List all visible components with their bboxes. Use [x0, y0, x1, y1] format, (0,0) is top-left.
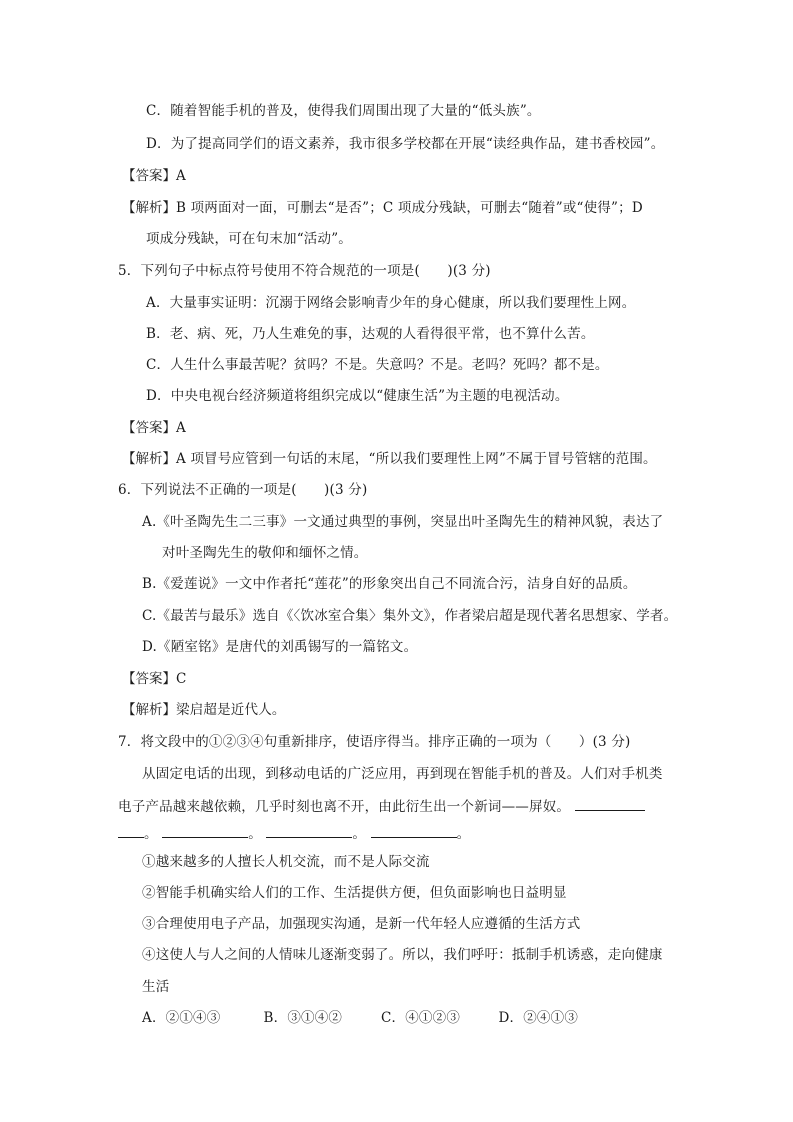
q6-option-d: D.《陋室铭》是唐代的刘禹锡写的一篇铭文。 [142, 637, 417, 657]
q6-answer: 【答案】C [122, 669, 187, 689]
q4-analysis-line1: 【解析】B 项两面对一面，可删去“是否”；C 项成分残缺，可删去“随着”或“使得… [122, 198, 643, 218]
analysis-text: A 项冒号应管到一句话的末尾，“所以我们要理性上网”不属于冒号管辖的范围。 [176, 451, 657, 467]
choice-value: ②①④③ [166, 1010, 221, 1026]
q5-option-d: D．中央电视台经济频道将组织完成以“健康生活”为主题的电视活动。 [146, 386, 569, 406]
choice-d: D．②④①③ [499, 1008, 579, 1028]
q7-sentence-4-line1: ④这使人与人之间的人情味儿逐渐变弱了。所以，我们呼吁：抵制手机诱惑，走向健康 [142, 945, 663, 965]
q6-option-b: B.《爱莲说》一文中作者托“莲花”的形象突出自己不同流合污，洁身自好的品质。 [142, 574, 637, 594]
q6-option-a-line2: 对叶圣陶先生的敬仰和缅怀之情。 [162, 543, 368, 563]
passage-text: 电子产品越来越依赖，几乎时刻也离不开，由此衍生出一个新词——屏奴。 [118, 799, 570, 815]
q7-sentence-2: ②智能手机确实给人们的工作、生活提供方便，但负面影响也日益明显 [142, 883, 567, 903]
q4-answer: 【答案】A [122, 166, 186, 186]
q7-sentence-4-line2: 生活 [142, 977, 169, 997]
answer-blank-1a[interactable] [575, 796, 645, 811]
q7-sentence-1: ①越来越多的人擅长人机交流，而不是人际交流 [142, 852, 430, 872]
analysis-label: 【解析】 [122, 702, 176, 718]
answer-value: C [176, 671, 187, 687]
q5-option-c: C．人生什么事最苦呢？贫吗？不是。失意吗？不是。老吗？死吗？都不是。 [146, 355, 609, 375]
blank-period: 。 [457, 826, 471, 842]
answer-value: A [176, 168, 186, 184]
choice-value: ④①②③ [405, 1010, 460, 1026]
choice-label: C． [381, 1010, 405, 1026]
answer-label: 【答案】 [122, 671, 176, 687]
analysis-label: 【解析】 [122, 200, 176, 216]
analysis-text: B 项两面对一面，可删去“是否”；C 项成分残缺，可删去“随着”或“使得”；D [176, 200, 643, 216]
answer-label: 【答案】 [122, 168, 176, 184]
q7-choices: A．②①④③ B．③①④② C．④①②③ D．②④①③ [142, 1008, 578, 1028]
choice-c: C．④①②③ [381, 1008, 494, 1028]
answer-value: A [176, 420, 186, 436]
q6-analysis: 【解析】梁启超是近代人。 [122, 700, 286, 720]
q5-answer: 【答案】A [122, 418, 186, 438]
choice-label: A． [142, 1010, 166, 1026]
answer-blank-3[interactable] [266, 823, 352, 838]
q5-option-a: A．大量事实证明：沉溺于网络会影响青少年的身心健康，所以我们要理性上网。 [146, 293, 635, 313]
choice-value: ②④①③ [523, 1010, 578, 1026]
blank-period: 。 [352, 826, 366, 842]
q5-analysis: 【解析】A 项冒号应管到一句话的末尾，“所以我们要理性上网”不属于冒号管辖的范围… [122, 449, 657, 469]
answer-blank-4[interactable] [371, 823, 457, 838]
analysis-label: 【解析】 [122, 451, 176, 467]
q4-option-c: C．随着智能手机的普及，使得我们周围出现了大量的“低头族”。 [146, 101, 541, 121]
q4-option-d: D．为了提高同学们的语文素养，我市很多学校都在开展“读经典作品，建书香校园”。 [146, 134, 664, 154]
q7-passage-line2: 电子产品越来越依赖，几乎时刻也离不开，由此衍生出一个新词——屏奴。 [118, 796, 645, 817]
q6-option-a-line1: A.《叶圣陶先生二三事》一文通过典型的事例，突显出叶圣陶先生的精神风貌，表达了 [142, 512, 663, 532]
q6-stem: 6．下列说法不正确的一项是( )(3 分) [118, 480, 367, 500]
choice-value: ③①④② [287, 1010, 342, 1026]
answer-label: 【答案】 [122, 420, 176, 436]
choice-b: B．③①④② [264, 1008, 377, 1028]
choice-a: A．②①④③ [142, 1008, 259, 1028]
choice-label: D． [499, 1010, 524, 1026]
analysis-text: 梁启超是近代人。 [176, 702, 286, 718]
answer-blank-1b[interactable] [118, 823, 144, 838]
q5-option-b: B．老、病、死，乃人生难免的事，达观的人看得很平常，也不算什么苦。 [146, 324, 595, 344]
q4-analysis-line2: 项成分残缺，可在句末加“活动”。 [146, 229, 352, 249]
blank-period: 。 [248, 826, 262, 842]
q6-option-c: C.《最苦与最乐》选自《〈饮冰室合集〉集外文》，作者梁启超是现代著名思想家、学者… [142, 606, 677, 626]
q7-sentence-3: ③合理使用电子产品，加强现实沟通，是新一代年轻人应遵循的生活方式 [142, 914, 580, 934]
q7-blanks-row: 。 。 。 。 [118, 823, 470, 844]
choice-label: B． [264, 1010, 288, 1026]
q5-stem: 5．下列句子中标点符号使用不符合规范的一项是( )(3 分) [118, 261, 491, 281]
q7-stem: 7．将文段中的①②③④句重新排序，使语序得当。排序正确的一项为（ ）(3 分) [118, 732, 631, 752]
blank-period: 。 [144, 826, 158, 842]
answer-blank-2[interactable] [162, 823, 248, 838]
q7-passage-line1: 从固定电话的出现，到移动电话的广泛应用，再到现在智能手机的普及。人们对手机类 [142, 764, 663, 784]
